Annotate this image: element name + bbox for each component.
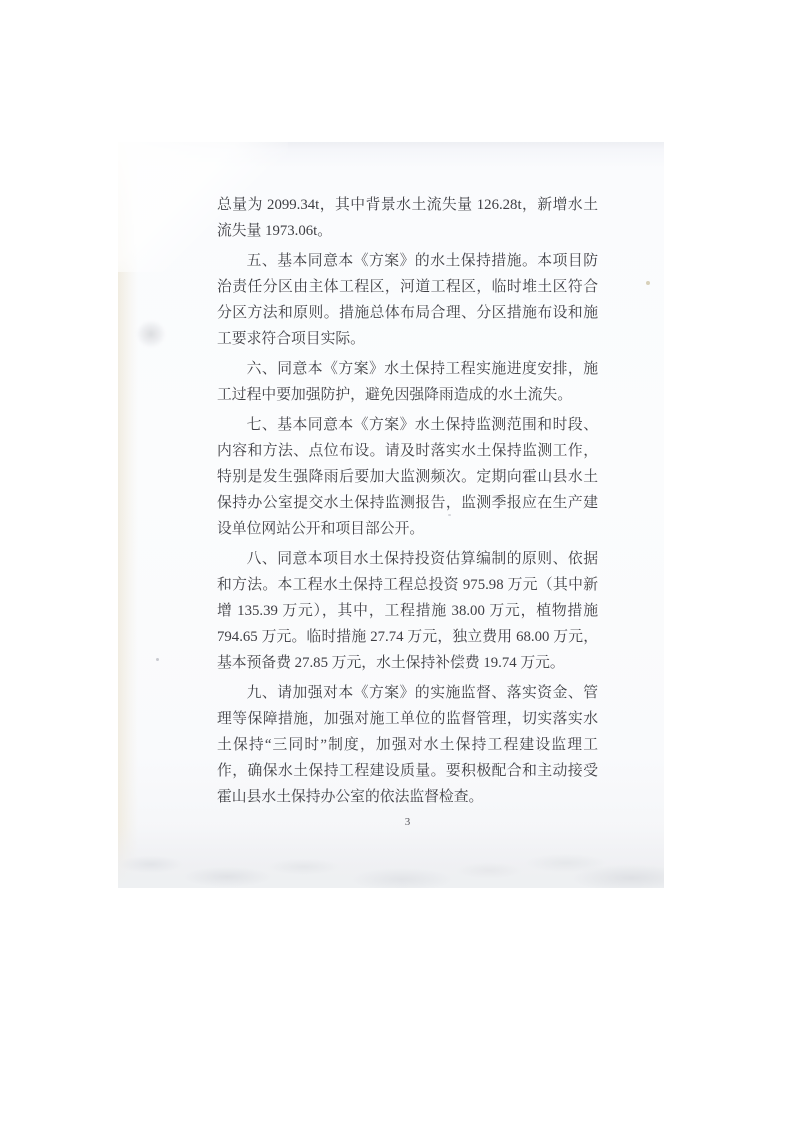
scan-speck — [156, 658, 159, 661]
paragraph-item-5: 五、基本同意本《方案》的水土保持措施。本项目防治责任分区由主体工程区，河道工程区… — [217, 248, 598, 352]
scan-page: 总量为 2099.34t，其中背景水土流失量 126.28t，新增水土流失量 1… — [118, 142, 664, 888]
paragraph-item-7: 七、基本同意本《方案》水土保持监测范围和时段、内容和方法、点位布设。请及时落实水… — [217, 412, 598, 542]
paragraph-item-8: 八、同意本项目水土保持投资估算编制的原则、依据和方法。本工程水土保持工程总投资 … — [217, 546, 598, 676]
paragraph-continuation: 总量为 2099.34t，其中背景水土流失量 126.28t，新增水土流失量 1… — [217, 192, 598, 244]
paragraph-item-6: 六、同意本《方案》水土保持工程实施进度安排，施工过程中要加强防护，避免因强降雨造… — [217, 356, 598, 408]
page-number: 3 — [217, 816, 598, 828]
document-text: 总量为 2099.34t，其中背景水土流失量 126.28t，新增水土流失量 1… — [217, 192, 598, 810]
margin-smudge — [136, 320, 166, 348]
paragraph-item-9: 九、请加强对本《方案》的实施监督、落实资金、管理等保障措施，加强对施工单位的监督… — [217, 680, 598, 810]
scan-noise-band — [118, 826, 664, 888]
scanned-document: 总量为 2099.34t，其中背景水土流失量 126.28t，新增水土流失量 1… — [0, 0, 793, 1122]
scan-speck — [646, 281, 650, 285]
